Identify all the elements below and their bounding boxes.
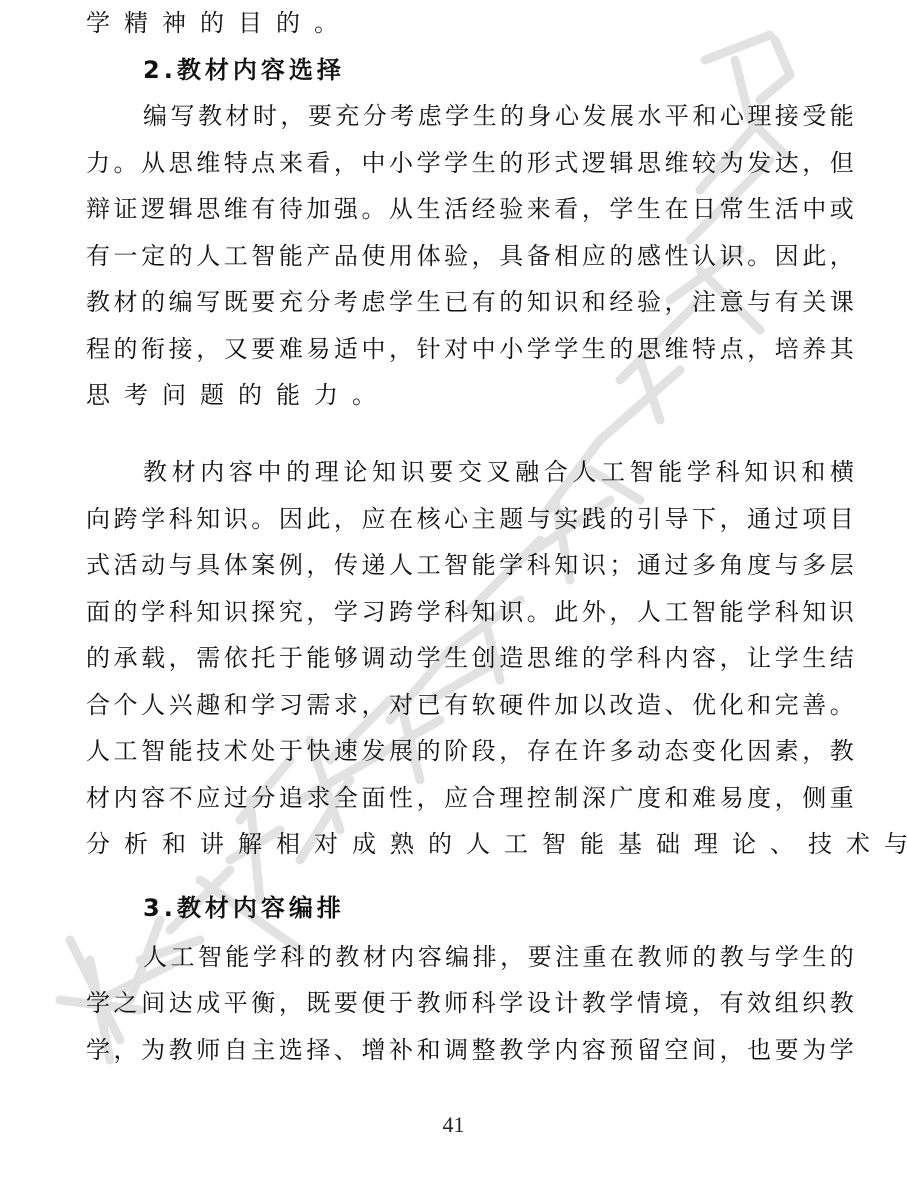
page-number: 41 — [0, 1112, 907, 1138]
text-line: 学精神的目的。 — [86, 3, 854, 43]
section-heading: 3.教材内容编排 — [143, 888, 345, 928]
text-line: 编写教材时，要充分考虑学生的身心发展水平和心理接受能 — [143, 96, 854, 136]
text-line: 教材内容中的理论知识要交叉融合人工智能学科知识和横 — [143, 452, 854, 492]
text-line: 教材的编写既要充分考虑学生已有的知识和经验，注意与有关课 — [86, 282, 854, 322]
section-heading: 2.教材内容选择 — [143, 50, 345, 90]
text-line: 人工智能学科的教材内容编排，要注重在教师的教与学生的 — [143, 937, 854, 977]
text-line: 力。从思维特点来看，中小学学生的形式逻辑思维较为发达，但 — [86, 143, 854, 183]
text-line: 的承载，需依托于能够调动学生创造思维的学科内容，让学生结 — [86, 638, 854, 678]
text-line: 向跨学科知识。因此，应在核心主题与实践的引导下，通过项目 — [86, 499, 854, 539]
text-line: 人工智能技术处于快速发展的阶段，存在许多动态变化因素，教 — [86, 731, 854, 771]
text-line: 材内容不应过分追求全面性，应合理控制深广度和难易度，侧重 — [86, 778, 854, 818]
text-line: 辩证逻辑思维有待加强。从生活经验来看，学生在日常生活中或 — [86, 189, 854, 229]
text-line: 学，为教师自主选择、增补和调整教学内容预留空间，也要为学 — [86, 1030, 854, 1070]
text-line: 合个人兴趣和学习需求，对已有软硬件加以改造、优化和完善。 — [86, 685, 854, 725]
text-line: 思考问题的能力。 — [86, 375, 854, 415]
text-line: 有一定的人工智能产品使用体验，具备相应的感性认识。因此， — [86, 236, 854, 276]
text-line: 程的衔接，又要难易适中，针对中小学学生的思维特点，培养其 — [86, 329, 854, 369]
text-line: 学之间达成平衡，既要便于教师科学设计教学情境，有效组织教 — [86, 983, 854, 1023]
text-line: 式活动与具体案例，传递人工智能学科知识；通过多角度与多层 — [86, 545, 854, 585]
text-line: 分析和讲解相对成熟的人工智能基础理论、技术与应用。 — [86, 824, 854, 864]
text-line: 面的学科知识探究，学习跨学科知识。此外，人工智能学科知识 — [86, 592, 854, 632]
